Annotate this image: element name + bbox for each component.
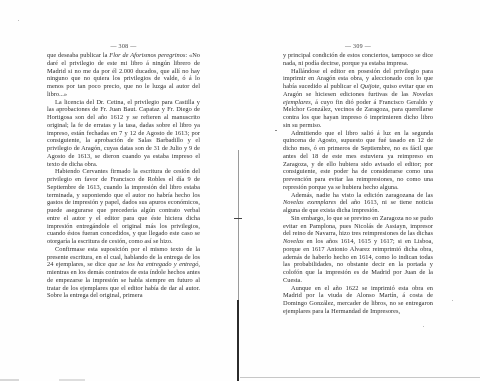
scan-speck <box>423 326 424 327</box>
page-body: que deseaba publicar la Flor de Aforismo… <box>47 52 200 300</box>
book-spread: — 308 — que deseaba publicar la Flor de … <box>0 0 480 381</box>
paragraph: Aunque en el año 1622 se imprimió esta o… <box>283 285 433 316</box>
scan-speck <box>275 130 277 131</box>
text-run: que deseaba publicar la <box>47 52 109 59</box>
scan-speck <box>18 20 19 21</box>
italic-title: que se los ha entregado y entregó <box>108 261 198 268</box>
page-body: y principal condición de estos concierto… <box>283 52 433 316</box>
italic-title: Quijote <box>360 83 379 90</box>
paragraph: y principal condición de estos concierto… <box>283 52 433 68</box>
text-run: Sin embargo, lo que se previno en Zarago… <box>283 215 433 238</box>
page-number: — 309 — <box>283 43 433 52</box>
text-run: en los años 1614, 1615 y 1617; si en Lis… <box>283 238 433 284</box>
text-run: Habiendo Cervantes firmado la escritura … <box>47 168 200 245</box>
paragraph: Confirmase esta suposición por el mismo … <box>47 246 200 300</box>
scan-speck <box>452 300 453 301</box>
page-number: — 308 — <box>47 43 200 52</box>
text-run: La licencia del Dr. Cetina, el privilegi… <box>47 99 200 168</box>
text-run: y principal condición de estos concierto… <box>283 52 433 67</box>
paragraph: Sin embargo, lo que se previno en Zarago… <box>283 215 433 285</box>
left-page: — 308 — que deseaba publicar la Flor de … <box>47 43 200 300</box>
right-page: — 309 — y principal condición de estos c… <box>283 43 433 316</box>
text-run: : «No daré el privilegio de este mi libr… <box>47 52 200 98</box>
gutter-shadow <box>237 300 239 381</box>
text-run: Admitiendo que el libro salió á luz en l… <box>283 130 433 191</box>
registration-mark <box>234 218 242 219</box>
italic-title: Flor de Aforismos peregrinos <box>109 52 185 59</box>
paragraph: La licencia del Dr. Cetina, el privilegi… <box>47 99 200 169</box>
paragraph: Además, nadie ha visto la edición zarago… <box>283 192 433 215</box>
page-edge-right <box>240 377 480 378</box>
paragraph: que deseaba publicar la Flor de Aforismo… <box>47 52 200 99</box>
italic-title: Novelas <box>283 238 304 245</box>
paragraph: Habiendo Cervantes firmado la escritura … <box>47 168 200 246</box>
italic-title: Novelas exemplares <box>283 199 336 206</box>
text-run: Además, nadie ha visto la edición zarago… <box>291 192 433 199</box>
text-run: Aunque en el año 1622 se imprimió esta o… <box>283 285 433 315</box>
paragraph: Admitiendo que el libro salió á luz en l… <box>283 130 433 192</box>
paragraph: Hallándose el editor en posesión del pri… <box>283 68 433 130</box>
